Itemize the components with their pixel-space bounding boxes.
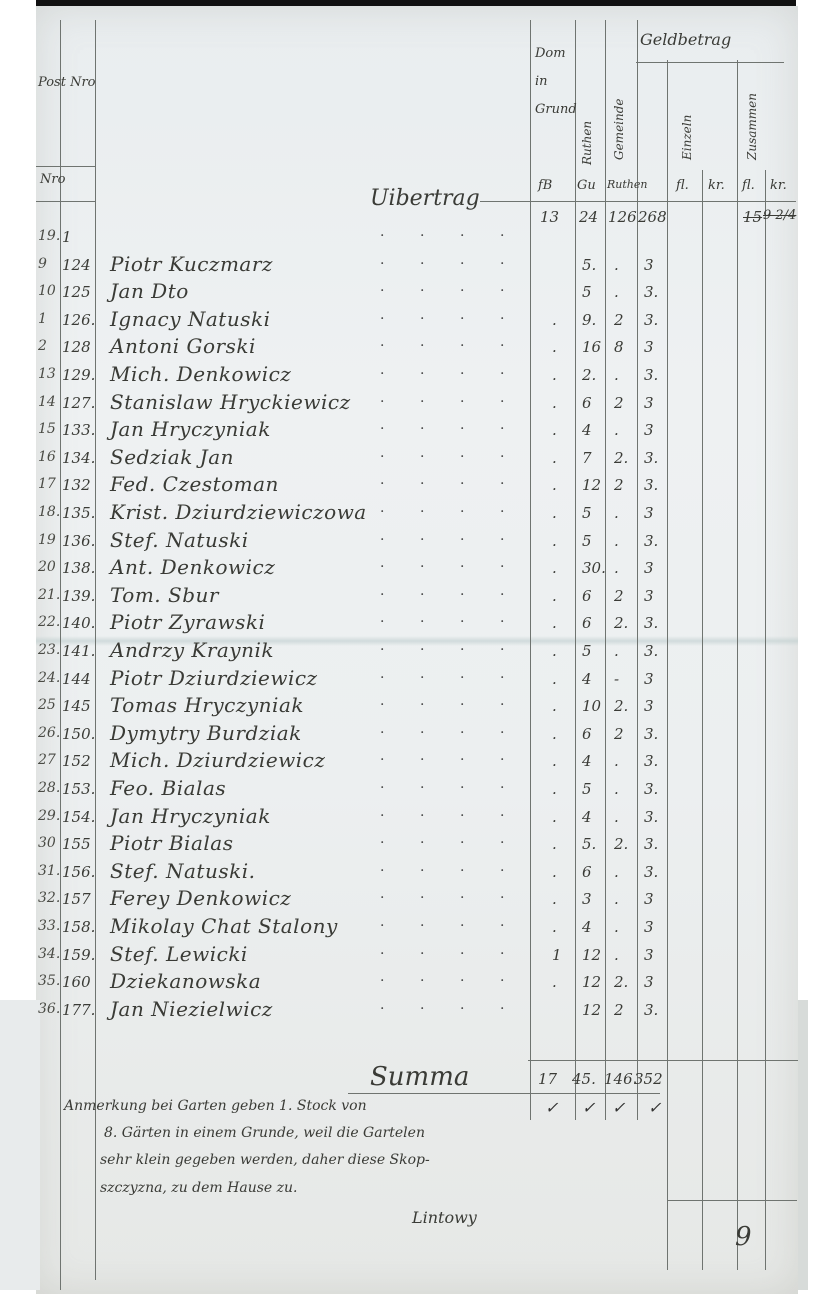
- leader-dot: ·: [500, 808, 504, 824]
- row-col-c: 2: [614, 311, 624, 329]
- leader-dot: ·: [380, 946, 384, 962]
- leader-dot: ·: [500, 228, 504, 244]
- leader-dot: ·: [380, 559, 384, 575]
- row-col-a: .: [552, 918, 557, 936]
- row-name: Jan Hryczyniak: [110, 417, 271, 441]
- row-col-b: 12: [582, 476, 601, 494]
- rule-header-bottom: [480, 201, 796, 202]
- row-margin-number: 19.: [38, 228, 60, 244]
- row-col-b: 5.: [582, 256, 596, 274]
- row-col-c: 2.: [614, 697, 628, 715]
- row-col-a: .: [552, 394, 557, 412]
- header-vertical-1: Ruthen: [580, 121, 594, 165]
- header-dom-in-grund: Dom in Grund: [535, 40, 575, 124]
- row-number: 139.: [62, 587, 95, 605]
- row-name: Tomas Hryczyniak: [110, 693, 304, 717]
- row-col-b: 2.: [582, 366, 596, 384]
- header-vertical-2: Gemeinde: [612, 98, 626, 160]
- row-col-c: .: [614, 366, 619, 384]
- leader-dot: ·: [420, 642, 424, 658]
- row-name: Piotr Zyrawski: [110, 610, 265, 634]
- row-col-c: .: [614, 752, 619, 770]
- unit-ruthen: Ruthen: [607, 178, 647, 191]
- row-margin-number: 16: [38, 449, 56, 465]
- carried-c4: 268: [638, 208, 667, 226]
- row-col-d: 3.: [644, 449, 658, 467]
- leader-dot: ·: [500, 311, 504, 327]
- row-col-a: .: [552, 476, 557, 494]
- row-margin-number: 26.: [38, 725, 60, 741]
- leader-dot: ·: [460, 752, 464, 768]
- carried-over-label: Uibertrag: [370, 186, 480, 211]
- page-tear-right: [798, 1000, 808, 1290]
- rule-col-f: [702, 170, 703, 1270]
- leader-dot: ·: [500, 973, 504, 989]
- row-col-c: 2.: [614, 835, 628, 853]
- leader-dot: ·: [500, 559, 504, 575]
- leader-dot: ·: [500, 780, 504, 796]
- leader-dot: ·: [380, 587, 384, 603]
- leader-dot: ·: [420, 808, 424, 824]
- leader-dot: ·: [460, 283, 464, 299]
- row-col-b: 5: [582, 283, 592, 301]
- leader-dot: ·: [420, 670, 424, 686]
- rule-geldbetrag: [636, 62, 784, 63]
- row-name: Tom. Sbur: [110, 583, 219, 607]
- row-col-d: 3.: [644, 863, 658, 881]
- leader-dot: ·: [380, 504, 384, 520]
- leader-dot: ·: [380, 890, 384, 906]
- leader-dot: ·: [380, 725, 384, 741]
- leader-dot: ·: [380, 338, 384, 354]
- header-post-nro: Post Nro: [38, 75, 96, 90]
- row-col-a: .: [552, 614, 557, 632]
- row-col-a: .: [552, 338, 557, 356]
- row-number: 140.: [62, 614, 95, 632]
- rule-col-g: [737, 60, 738, 1270]
- row-number: 152: [62, 752, 91, 770]
- row-col-c: 2: [614, 587, 624, 605]
- leader-dot: ·: [500, 476, 504, 492]
- row-col-b: 4: [582, 918, 592, 936]
- row-col-c: 2.: [614, 449, 628, 467]
- row-col-b: 3: [582, 890, 592, 908]
- row-col-c: .: [614, 808, 619, 826]
- row-col-d: 3.: [644, 835, 658, 853]
- row-margin-number: 29.: [38, 808, 60, 824]
- row-name: Mikolay Chat Stalony: [110, 914, 338, 938]
- summa-c2: 45.: [572, 1070, 596, 1088]
- summa-label: Summa: [370, 1062, 469, 1092]
- leader-dot: ·: [500, 946, 504, 962]
- row-col-a: .: [552, 587, 557, 605]
- row-number: 157: [62, 890, 91, 908]
- row-col-c: 2: [614, 1001, 624, 1019]
- row-number: 138.: [62, 559, 95, 577]
- row-col-d: 3.: [644, 1001, 658, 1019]
- row-col-c: .: [614, 256, 619, 274]
- leader-dot: ·: [420, 1001, 424, 1017]
- leader-dot: ·: [380, 366, 384, 382]
- row-col-c: -: [614, 670, 619, 688]
- leader-dot: ·: [460, 918, 464, 934]
- header-nro: Nro: [40, 172, 65, 187]
- row-col-c: .: [614, 946, 619, 964]
- leader-dot: ·: [500, 642, 504, 658]
- row-col-d: 3: [644, 394, 654, 412]
- leader-dot: ·: [420, 752, 424, 768]
- row-col-d: 3.: [644, 283, 658, 301]
- row-number: 135.: [62, 504, 95, 522]
- leader-dot: ·: [380, 642, 384, 658]
- leader-dot: ·: [460, 311, 464, 327]
- leader-dot: ·: [500, 394, 504, 410]
- row-number: 128: [62, 338, 91, 356]
- leader-dot: ·: [420, 890, 424, 906]
- leader-dot: ·: [460, 504, 464, 520]
- row-col-b: 12: [582, 946, 601, 964]
- row-col-d: 3.: [644, 476, 658, 494]
- leader-dot: ·: [460, 256, 464, 272]
- rule-header-left-2: [36, 201, 96, 202]
- leader-dot: ·: [380, 228, 384, 244]
- leader-dot: ·: [500, 421, 504, 437]
- row-name: Antoni Gorski: [110, 334, 256, 358]
- row-col-c: .: [614, 918, 619, 936]
- row-number: 160: [62, 973, 91, 991]
- row-col-b: 4: [582, 808, 592, 826]
- row-margin-number: 1: [38, 311, 47, 327]
- row-name: Stef. Lewicki: [110, 942, 248, 966]
- row-col-a: .: [552, 449, 557, 467]
- carried-c1: 13: [540, 208, 559, 226]
- row-margin-number: 18.: [38, 504, 60, 520]
- row-number: 150.: [62, 725, 95, 743]
- row-name: Krist. Dziurdziewiczowa: [110, 500, 367, 524]
- row-col-a: .: [552, 780, 557, 798]
- check-icon: ✓: [545, 1098, 558, 1117]
- header-vertical-3: Einzeln: [680, 115, 694, 160]
- row-col-c: .: [614, 642, 619, 660]
- leader-dot: ·: [460, 946, 464, 962]
- carried-c3: 126: [608, 208, 637, 226]
- row-margin-number: 28.: [38, 780, 60, 796]
- row-margin-number: 35.: [38, 973, 60, 989]
- row-number: 129.: [62, 366, 95, 384]
- leader-dot: ·: [460, 697, 464, 713]
- row-col-b: 10: [582, 697, 601, 715]
- leader-dot: ·: [500, 532, 504, 548]
- leader-dot: ·: [380, 283, 384, 299]
- row-name: Feo. Bialas: [110, 776, 226, 800]
- leader-dot: ·: [500, 1001, 504, 1017]
- row-number: 159.: [62, 946, 95, 964]
- row-name: Dziekanowska: [110, 969, 261, 993]
- row-col-b: 12: [582, 973, 601, 991]
- leader-dot: ·: [420, 394, 424, 410]
- row-col-c: .: [614, 890, 619, 908]
- row-col-a: .: [552, 504, 557, 522]
- row-name: Dymytry Burdziak: [110, 721, 302, 745]
- row-col-c: 2.: [614, 614, 628, 632]
- row-col-a: .: [552, 532, 557, 550]
- leader-dot: ·: [380, 614, 384, 630]
- row-col-c: .: [614, 283, 619, 301]
- row-name: Ant. Denkowicz: [110, 555, 275, 579]
- row-margin-number: 30: [38, 835, 56, 851]
- row-col-d: 3.: [644, 780, 658, 798]
- remark-line-2: 8. Gärten in einem Grunde, weil die Gart…: [104, 1125, 425, 1141]
- row-margin-number: 31.: [38, 863, 60, 879]
- row-name: Stef. Natuski: [110, 528, 249, 552]
- row-name: Andrzy Kraynik: [110, 638, 274, 662]
- leader-dot: ·: [500, 752, 504, 768]
- carried-fl: 15: [743, 208, 762, 226]
- row-name: Ferey Denkowicz: [110, 886, 291, 910]
- summa-c3: 146.: [604, 1070, 637, 1088]
- leader-dot: ·: [380, 863, 384, 879]
- row-number: 144: [62, 670, 91, 688]
- leader-dot: ·: [380, 835, 384, 851]
- leader-dot: ·: [380, 808, 384, 824]
- row-col-b: 16: [582, 338, 601, 356]
- header-vertical-4: Zusammen: [745, 93, 759, 160]
- row-col-d: 3: [644, 697, 654, 715]
- summa-c1: 17: [538, 1070, 557, 1088]
- row-number: 145: [62, 697, 91, 715]
- row-col-d: 3: [644, 946, 654, 964]
- row-number: 154.: [62, 808, 95, 826]
- unit-fb: fB: [538, 178, 552, 193]
- leader-dot: ·: [420, 311, 424, 327]
- row-col-a: .: [552, 559, 557, 577]
- row-col-a: .: [552, 366, 557, 384]
- row-number: 125: [62, 283, 91, 301]
- row-col-c: .: [614, 504, 619, 522]
- row-margin-number: 32.: [38, 890, 60, 906]
- row-col-b: 6: [582, 614, 592, 632]
- row-number: 132: [62, 476, 91, 494]
- check-icon: ✓: [582, 1098, 595, 1117]
- row-col-a: .: [552, 725, 557, 743]
- leader-dot: ·: [500, 835, 504, 851]
- row-margin-number: 20: [38, 559, 56, 575]
- row-col-c: .: [614, 421, 619, 439]
- unit-fl-1: fl.: [676, 178, 689, 193]
- rule-col-h: [765, 170, 766, 1270]
- leader-dot: ·: [420, 476, 424, 492]
- row-margin-number: 17: [38, 476, 56, 492]
- leader-dot: ·: [420, 532, 424, 548]
- row-col-d: 3.: [644, 614, 658, 632]
- row-col-c: .: [614, 532, 619, 550]
- leader-dot: ·: [500, 697, 504, 713]
- row-col-c: .: [614, 780, 619, 798]
- row-number: 127.: [62, 394, 95, 412]
- row-name: Jan Dto: [110, 279, 189, 303]
- row-name: Stef. Natuski.: [110, 859, 255, 883]
- row-col-d: 3.: [644, 642, 658, 660]
- row-name: Ignacy Natuski: [110, 307, 271, 331]
- row-col-c: 2.: [614, 973, 628, 991]
- leader-dot: ·: [420, 614, 424, 630]
- leader-dot: ·: [460, 476, 464, 492]
- rule-col-a: [530, 20, 531, 1120]
- row-number: 156.: [62, 863, 95, 881]
- row-name: Mich. Dziurdziewicz: [110, 748, 325, 772]
- leader-dot: ·: [460, 587, 464, 603]
- row-col-c: 2: [614, 725, 624, 743]
- row-col-c: .: [614, 863, 619, 881]
- leader-dot: ·: [420, 228, 424, 244]
- row-name: Mich. Denkowicz: [110, 362, 291, 386]
- row-name: Stanislaw Hryckiewicz: [110, 390, 351, 414]
- row-margin-number: 9: [38, 256, 47, 272]
- leader-dot: ·: [420, 421, 424, 437]
- row-margin-number: 10: [38, 283, 56, 299]
- row-col-c: 8: [614, 338, 624, 356]
- row-name: Piotr Kuczmarz: [110, 252, 273, 276]
- leader-dot: ·: [380, 532, 384, 548]
- leader-dot: ·: [420, 366, 424, 382]
- page-tear-left: [0, 1000, 40, 1290]
- leader-dot: ·: [380, 256, 384, 272]
- rule-col-e: [667, 60, 668, 1270]
- header-geldbetrag: Geldbetrag: [640, 30, 731, 49]
- row-number: 153.: [62, 780, 95, 798]
- leader-dot: ·: [420, 504, 424, 520]
- rule-header-left: [36, 166, 96, 167]
- row-margin-number: 25: [38, 697, 56, 713]
- leader-dot: ·: [460, 808, 464, 824]
- row-margin-number: 2: [38, 338, 47, 354]
- unit-fl-2: fl.: [742, 178, 755, 193]
- leader-dot: ·: [500, 283, 504, 299]
- leader-dot: ·: [460, 725, 464, 741]
- row-number: 126.: [62, 311, 95, 329]
- leader-dot: ·: [460, 532, 464, 548]
- leader-dot: ·: [420, 338, 424, 354]
- row-col-a: .: [552, 421, 557, 439]
- leader-dot: ·: [420, 559, 424, 575]
- row-col-b: 5: [582, 504, 592, 522]
- leader-dot: ·: [380, 394, 384, 410]
- row-col-a: .: [552, 642, 557, 660]
- row-col-b: 6: [582, 725, 592, 743]
- row-col-d: 3: [644, 918, 654, 936]
- row-margin-number: 27: [38, 752, 56, 768]
- leader-dot: ·: [420, 283, 424, 299]
- row-col-b: 4: [582, 752, 592, 770]
- leader-dot: ·: [500, 366, 504, 382]
- leader-dot: ·: [500, 449, 504, 465]
- row-col-d: 3: [644, 421, 654, 439]
- leader-dot: ·: [500, 725, 504, 741]
- summa-c4: 352: [634, 1070, 663, 1088]
- row-name: Jan Niezielwicz: [110, 997, 273, 1021]
- row-col-b: 5.: [582, 835, 596, 853]
- row-col-b: 4: [582, 670, 592, 688]
- row-col-d: 3: [644, 670, 654, 688]
- row-col-d: 3: [644, 559, 654, 577]
- row-margin-number: 34.: [38, 946, 60, 962]
- rule-summa-bottom: [348, 1093, 660, 1094]
- row-name: Sedziak Jan: [110, 445, 234, 469]
- remark-line-3: sehr klein gegeben werden, daher diese S…: [100, 1152, 430, 1168]
- row-col-b: 30.: [582, 559, 606, 577]
- leader-dot: ·: [420, 918, 424, 934]
- remark-line-1: Anmerkung bei Garten geben 1. Stock von: [64, 1098, 367, 1114]
- leader-dot: ·: [500, 256, 504, 272]
- leader-dot: ·: [460, 614, 464, 630]
- row-col-d: 3: [644, 256, 654, 274]
- leader-dot: ·: [460, 338, 464, 354]
- row-col-a: .: [552, 835, 557, 853]
- row-margin-number: 13: [38, 366, 56, 382]
- row-number: 124: [62, 256, 91, 274]
- leader-dot: ·: [460, 228, 464, 244]
- carried-c2: 24: [579, 208, 598, 226]
- row-margin-number: 23.: [38, 642, 60, 658]
- row-margin-number: 33.: [38, 918, 60, 934]
- leader-dot: ·: [380, 780, 384, 796]
- row-col-d: 3.: [644, 725, 658, 743]
- leader-dot: ·: [380, 1001, 384, 1017]
- leader-dot: ·: [500, 863, 504, 879]
- row-number: 134.: [62, 449, 95, 467]
- leader-dot: ·: [460, 394, 464, 410]
- leader-dot: ·: [460, 780, 464, 796]
- leader-dot: ·: [420, 835, 424, 851]
- row-name: Piotr Dziurdziewicz: [110, 666, 318, 690]
- row-col-a: .: [552, 697, 557, 715]
- leader-dot: ·: [380, 311, 384, 327]
- leader-dot: ·: [500, 587, 504, 603]
- leader-dot: ·: [460, 835, 464, 851]
- leader-dot: ·: [380, 752, 384, 768]
- row-name: Fed. Czestoman: [110, 472, 279, 496]
- row-col-a: .: [552, 752, 557, 770]
- leader-dot: ·: [380, 918, 384, 934]
- row-col-b: 6: [582, 863, 592, 881]
- row-col-c: 2: [614, 476, 624, 494]
- row-col-d: 3: [644, 338, 654, 356]
- row-col-b: 6: [582, 394, 592, 412]
- leader-dot: ·: [420, 780, 424, 796]
- row-col-a: .: [552, 311, 557, 329]
- remark-line-4: szczyzna, zu dem Hause zu.: [100, 1180, 297, 1196]
- leader-dot: ·: [420, 697, 424, 713]
- row-number: 133.: [62, 421, 95, 439]
- row-margin-number: 19: [38, 532, 56, 548]
- row-margin-number: 15: [38, 421, 56, 437]
- leader-dot: ·: [460, 973, 464, 989]
- row-col-b: 5: [582, 780, 592, 798]
- row-col-d: 3: [644, 504, 654, 522]
- leader-dot: ·: [420, 725, 424, 741]
- leader-dot: ·: [380, 973, 384, 989]
- leader-dot: ·: [460, 890, 464, 906]
- row-col-d: 3.: [644, 532, 658, 550]
- leader-dot: ·: [500, 890, 504, 906]
- leader-dot: ·: [380, 421, 384, 437]
- row-margin-number: 36.: [38, 1001, 60, 1017]
- row-col-b: 12: [582, 1001, 601, 1019]
- leader-dot: ·: [380, 476, 384, 492]
- leader-dot: ·: [460, 670, 464, 686]
- row-col-a: .: [552, 890, 557, 908]
- row-col-d: 3: [644, 973, 654, 991]
